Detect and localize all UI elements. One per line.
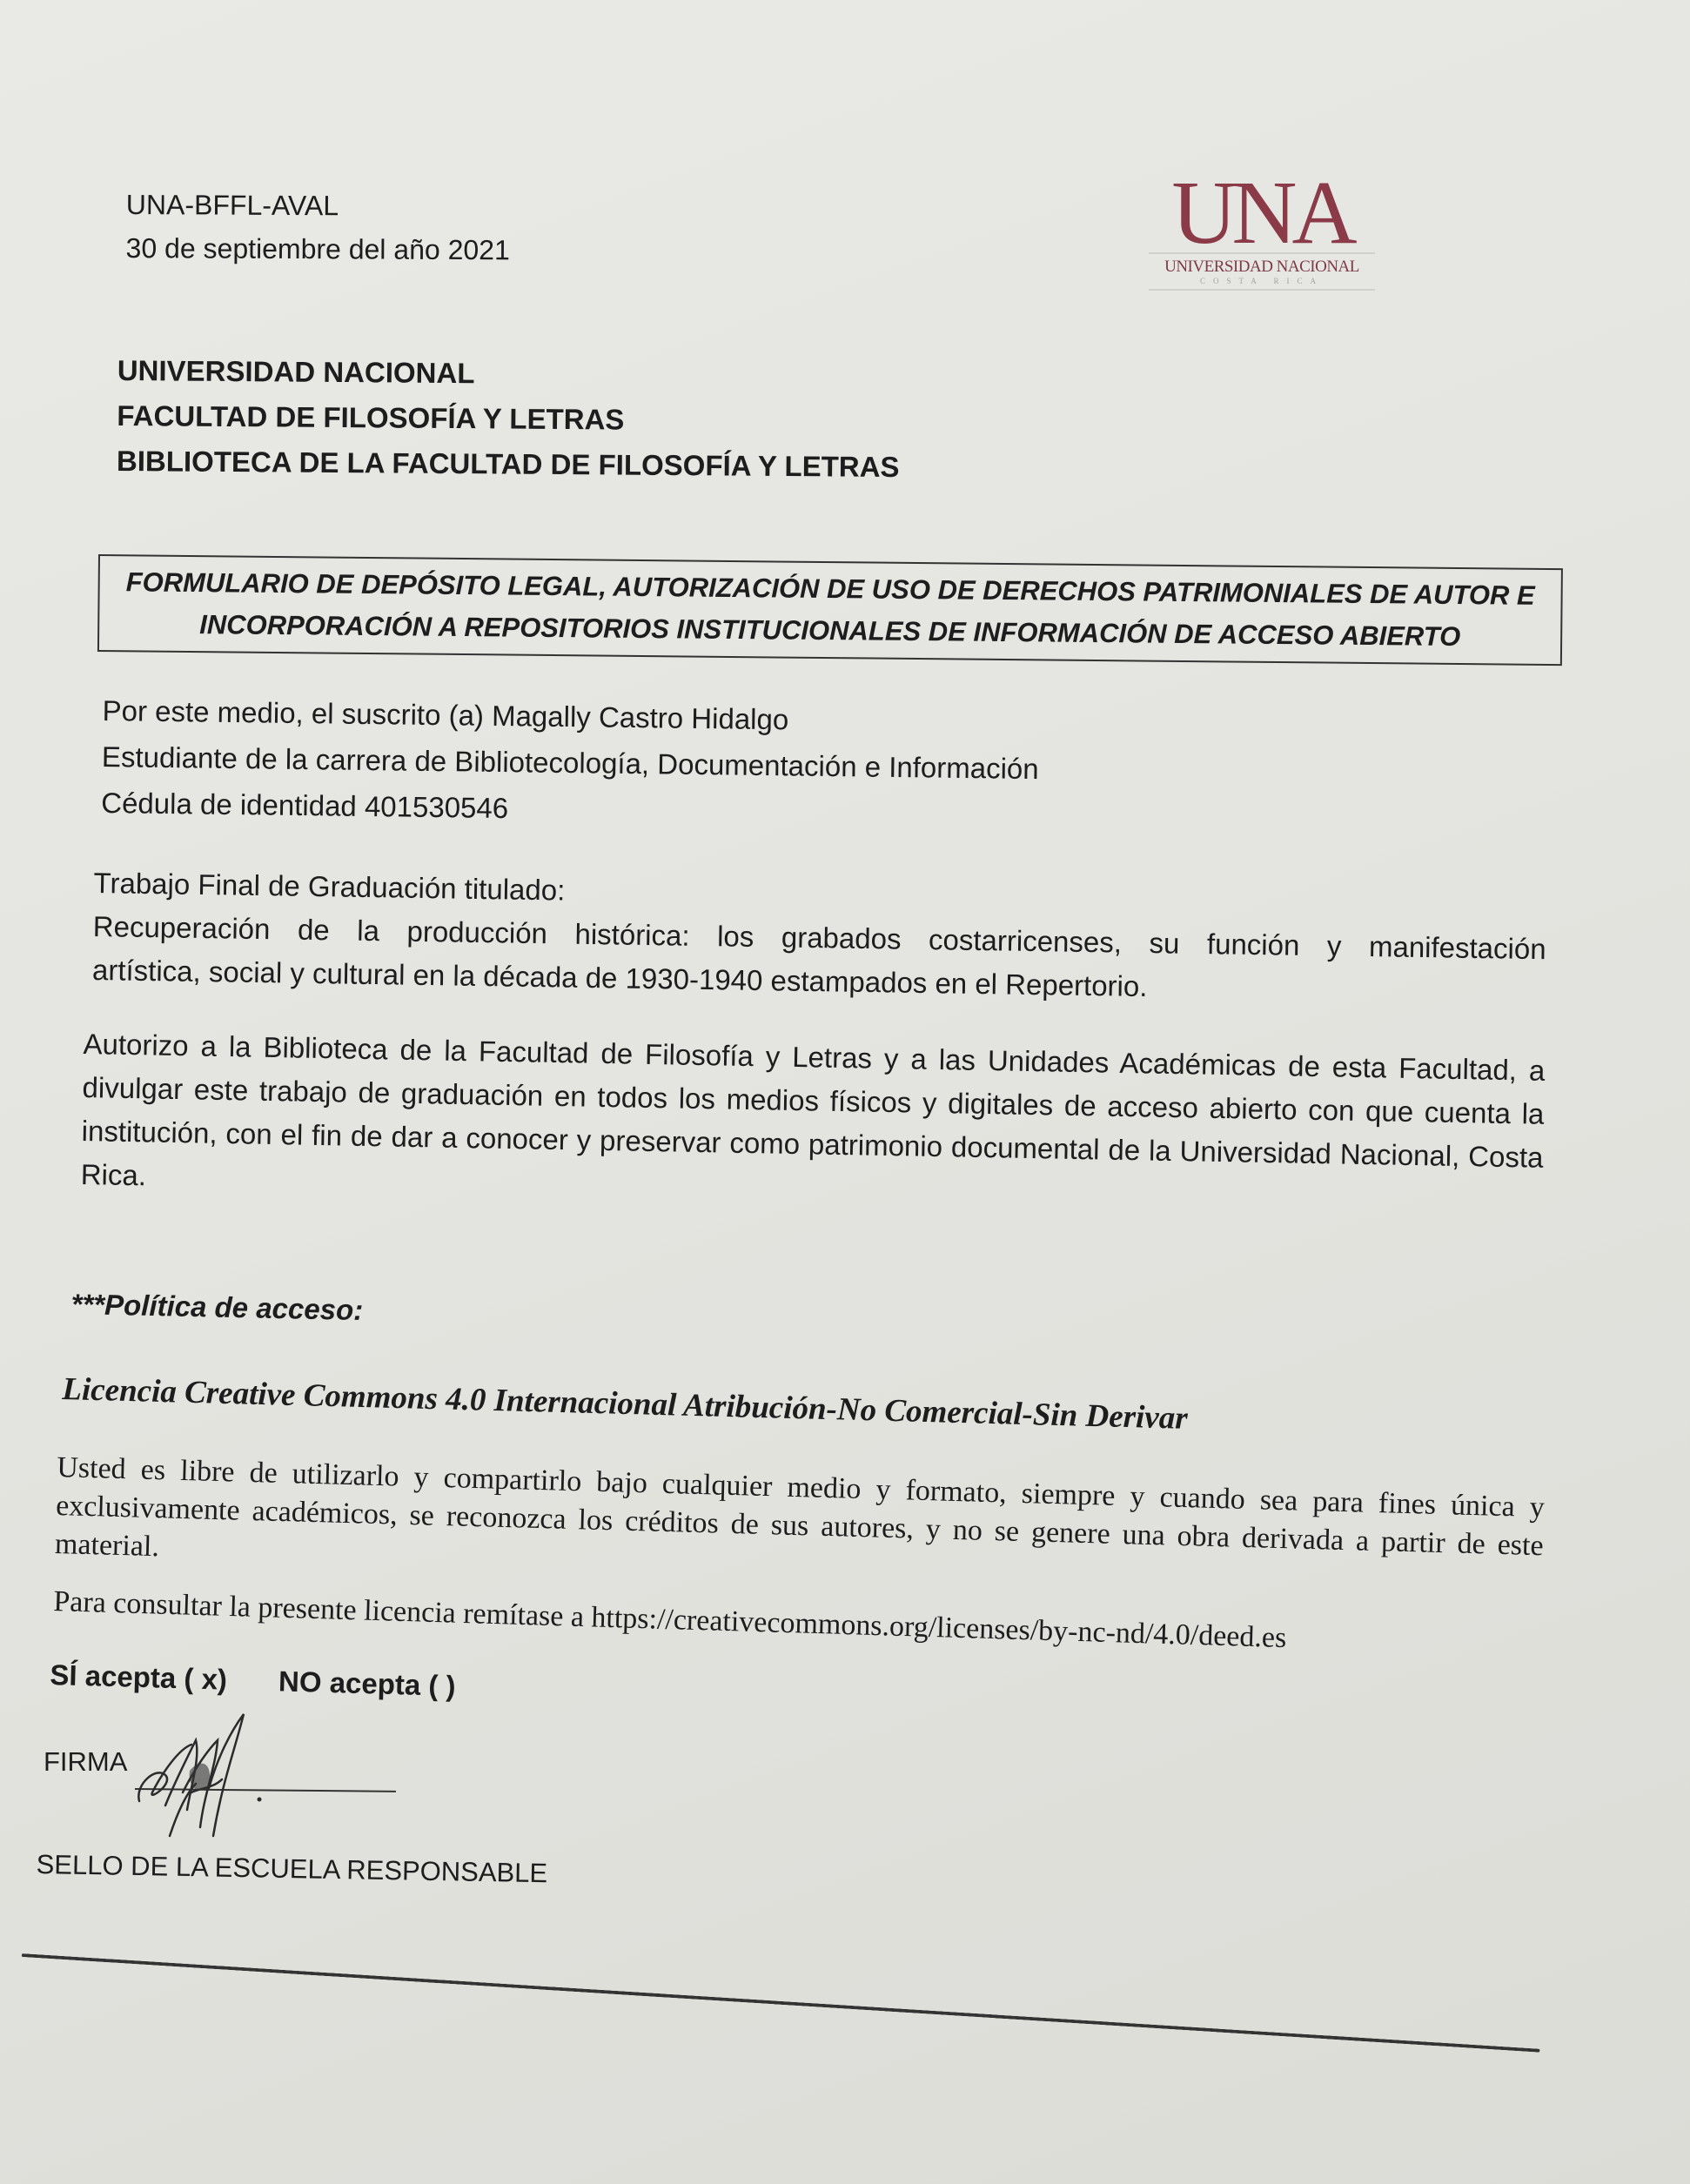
una-logo: UNA UNIVERSIDAD NACIONAL COSTA RICA xyxy=(1149,174,1375,291)
logo-country: COSTA RICA xyxy=(1149,277,1375,291)
accept-no-option[interactable]: NO acepta ( ) xyxy=(278,1665,457,1702)
document-reference: UNA-BFFL-AVAL 30 de septiembre del año 2… xyxy=(125,183,510,271)
reference-code: UNA-BFFL-AVAL xyxy=(126,183,510,228)
license-terms: Usted es libre de utilizarlo y compartir… xyxy=(54,1449,1545,1604)
institution-line: UNIVERSIDAD NACIONAL xyxy=(117,348,901,399)
authorization-paragraph: Autorizo a la Biblioteca de la Facultad … xyxy=(80,1022,1545,1223)
document-page: UNA-BFFL-AVAL 30 de septiembre del año 2… xyxy=(0,0,1690,2184)
bottom-divider xyxy=(22,1953,1540,2053)
acceptance-options: SÍ acepta ( x) NO acepta ( ) xyxy=(50,1658,500,1704)
institution-heading: UNIVERSIDAD NACIONAL FACULTAD DE FILOSOF… xyxy=(117,348,901,490)
student-info: Por este medio, el suscrito (a) Magally … xyxy=(101,687,1040,838)
thesis-section: Trabajo Final de Graduación titulado: Re… xyxy=(92,861,1547,1015)
form-title-box: FORMULARIO DE DEPÓSITO LEGAL, AUTORIZACI… xyxy=(97,554,1563,666)
license-consult-line: Para consultar la presente licencia remí… xyxy=(53,1585,1287,1655)
accept-yes-option[interactable]: SÍ acepta ( x) xyxy=(50,1658,228,1696)
license-title: Licencia Creative Commons 4.0 Internacio… xyxy=(62,1370,1188,1437)
access-policy-heading: ***Política de acceso: xyxy=(70,1288,363,1327)
handwritten-signature-icon xyxy=(113,1705,287,1845)
institution-line: BIBLIOTECA DE LA FACULTAD DE FILOSOFÍA Y… xyxy=(117,439,900,490)
logo-mark: UNA xyxy=(1149,174,1375,252)
document-date: 30 de septiembre del año 2021 xyxy=(125,226,509,271)
school-stamp-label: SELLO DE LA ESCUELA RESPONSABLE xyxy=(36,1849,547,1889)
institution-line: FACULTAD DE FILOSOFÍA Y LETRAS xyxy=(117,393,900,445)
